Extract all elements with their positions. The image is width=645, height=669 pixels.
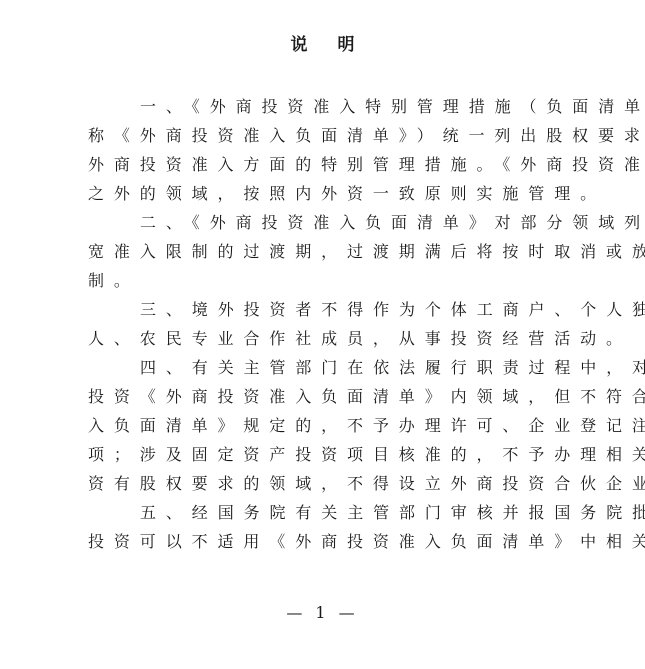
page-number: — 1 — (0, 603, 645, 622)
text-line: 宽准入限制的过渡期，过渡期满后将按时取消或放宽其准入限 (88, 237, 558, 266)
text-line: 资有股权要求的领域，不得设立外商投资合伙企业。 (88, 469, 558, 498)
text-line: 二、《外商投资准入负面清单》对部分领域列出了取消或放 (88, 208, 558, 237)
text-line: 投资可以不适用《外商投资准入负面清单》中相关领域的规定。 (88, 527, 558, 556)
document-title: 说 明 (0, 30, 645, 55)
text-line: 四、有关主管部门在依法履行职责过程中，对境外投资者拟 (88, 353, 558, 382)
paragraph-5: 五、经国务院有关主管部门审核并报国务院批准，特定外商 投资可以不适用《外商投资准… (88, 498, 558, 556)
text-line: 之外的领域，按照内外资一致原则实施管理。 (88, 179, 558, 208)
paragraph-4: 四、有关主管部门在依法履行职责过程中，对境外投资者拟 投资《外商投资准入负面清单… (88, 353, 558, 498)
paragraph-2: 二、《外商投资准入负面清单》对部分领域列出了取消或放 宽准入限制的过渡期，过渡期… (88, 208, 558, 295)
text-line: 项；涉及固定资产投资项目核准的，不予办理相关核准事项。投 (88, 440, 558, 469)
text-line: 人、农民专业合作社成员，从事投资经营活动。 (88, 324, 558, 353)
text-line: 外商投资准入方面的特别管理措施。《外商投资准入负面清单》 (88, 150, 558, 179)
text-line: 制。 (88, 266, 558, 295)
paragraph-1: 一、《外商投资准入特别管理措施（负面清单）》（以下简 称《外商投资准入负面清单》… (88, 92, 558, 208)
text-line: 入负面清单》规定的，不予办理许可、企业登记注册等相关事 (88, 411, 558, 440)
text-line: 五、经国务院有关主管部门审核并报国务院批准，特定外商 (88, 498, 558, 527)
document-body: 一、《外商投资准入特别管理措施（负面清单）》（以下简 称《外商投资准入负面清单》… (88, 92, 558, 556)
text-line: 一、《外商投资准入特别管理措施（负面清单）》（以下简 (88, 92, 558, 121)
text-line: 称《外商投资准入负面清单》）统一列出股权要求、高管要求等 (88, 121, 558, 150)
paragraph-3: 三、境外投资者不得作为个体工商户、个人独资企业投资 人、农民专业合作社成员，从事… (88, 295, 558, 353)
text-line: 三、境外投资者不得作为个体工商户、个人独资企业投资 (88, 295, 558, 324)
text-line: 投资《外商投资准入负面清单》内领域，但不符合《外商投资准 (88, 382, 558, 411)
